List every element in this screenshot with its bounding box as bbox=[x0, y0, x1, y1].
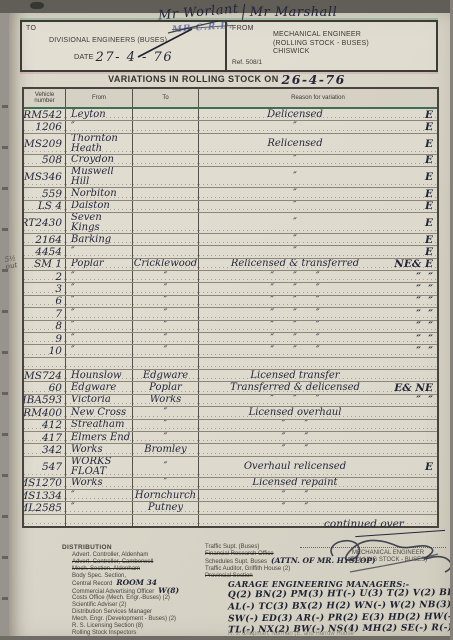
table-rows: RM542LeytonDelicensedE1206″″EDMS209Thorn… bbox=[24, 109, 437, 526]
from-label: FROM bbox=[232, 25, 254, 32]
table-row: 60EdgwarePoplarTransferred & delicensedE… bbox=[24, 382, 437, 394]
distribution-title: DISTRIBUTION bbox=[62, 544, 112, 551]
scanner-bottom-band bbox=[0, 636, 453, 640]
form-title-date: 26-4-76 bbox=[282, 72, 346, 87]
distribution-item: Costs Office (Mech. Engr.-Buses) (2) bbox=[72, 595, 179, 602]
table-row: RM400New Cross″Licensed overhaul bbox=[24, 407, 437, 419]
scan-smudge bbox=[30, 2, 44, 9]
distribution-section: DISTRIBUTION Advert. Controller, Aldenha… bbox=[0, 543, 453, 640]
table-row: 559Norbiton″E bbox=[24, 188, 437, 200]
table-row: 7″″″ ″ ″″ ″ bbox=[24, 308, 437, 320]
from-panel: FROM MECHANICAL ENGINEER (ROLLING STOCK … bbox=[227, 22, 436, 70]
table-row: MBA593VictoriaWorks″ ″ ″″ ″ bbox=[24, 395, 437, 407]
distribution-item: Mech. Engr. (Development - Buses) (2) bbox=[72, 616, 179, 623]
form-title-printed: VARIATIONS IN ROLLING STOCK ON bbox=[108, 74, 279, 84]
table-row: RML2585″Putney″ ″ bbox=[24, 502, 437, 514]
table-row: 8″″″ ″ ″″ ″ bbox=[24, 321, 437, 333]
table-row: 1206″″E bbox=[24, 121, 437, 133]
distribution-item: Scientific Adviser (2) bbox=[72, 602, 179, 609]
table-row: SM 1PoplarCricklewoodRelicensed & transf… bbox=[24, 259, 437, 271]
col-header-from: From bbox=[66, 89, 133, 107]
date-line: DATE 27- 4 - 76 bbox=[74, 50, 173, 65]
col-header-to: To bbox=[133, 89, 199, 107]
handwritten-annotation: ROOM 34 bbox=[116, 578, 157, 587]
table-row: DMS1334″Hornchurch″ ″ bbox=[24, 490, 437, 502]
table-row: DMS209Thornton HeathRelicensedE bbox=[24, 134, 437, 155]
table-row: LS 4Dalston″E bbox=[24, 201, 437, 213]
table-row: 2″″″ ″ ″″ ″ bbox=[24, 271, 437, 283]
distribution-item: Commercial Advertising OfficerW(8) bbox=[72, 588, 179, 596]
table-row: SMS724HounslowEdgwareLicensed transfer bbox=[24, 370, 437, 382]
reference-number: Ref. 508/1 bbox=[232, 59, 262, 66]
col-header-vehicle: Vehicle number bbox=[24, 89, 66, 107]
handwritten-annotation: W(8) bbox=[158, 586, 179, 595]
table-row: 547WORKS FLOAT″Overhaul relicensedE bbox=[24, 457, 437, 478]
from-address: MECHANICAL ENGINEER (ROLLING STOCK - BUS… bbox=[273, 31, 369, 57]
variations-table: Vehicle number From To Reason for variat… bbox=[22, 87, 439, 528]
garage-managers-heading: GARAGE ENGINEERING MANAGERS:- bbox=[228, 579, 409, 589]
table-row bbox=[24, 358, 437, 370]
form-title: VARIATIONS IN ROLLING STOCK ON 26-4-76 bbox=[20, 72, 434, 87]
divider-stroke bbox=[242, 4, 245, 20]
distribution-left-list: Advert. Controller, AldenhamAdvert. Cont… bbox=[72, 552, 179, 640]
col-header-reason: Reason for variation bbox=[199, 89, 437, 107]
distribution-item: R. S. Licensing Section (8) bbox=[72, 623, 179, 630]
recipient-name-2: Mr Marshall bbox=[250, 5, 338, 20]
mechanical-engineer-stamp: MECHANICAL ENGINEER (ROLLING STOCK - BUS… bbox=[330, 550, 446, 564]
table-row: DMS1270Works″Licensed repaint bbox=[24, 478, 437, 490]
to-value: DIVISIONAL ENGINEERS (BUSES) bbox=[49, 37, 167, 44]
table-row: SMS346Muswell Hill″E bbox=[24, 167, 437, 188]
table-row: RM542LeytonDelicensedE bbox=[24, 109, 437, 121]
handwritten-recipients: Mr WorlantMr Marshall bbox=[158, 4, 337, 20]
table-row: 3″″″ ″ ″″ ″ bbox=[24, 283, 437, 295]
table-row: 412Streatham″″ ″ bbox=[24, 420, 437, 432]
table-row: 342WorksBromley″ ″ bbox=[24, 444, 437, 456]
date-value-handwritten: 27- 4 - 76 bbox=[96, 50, 174, 65]
table-row: 417Elmers End″″ ″ bbox=[24, 432, 437, 444]
scanned-document: Mr WorlantMr Marshall MB C.R.D. TO DIVIS… bbox=[0, 0, 453, 640]
to-label: TO bbox=[26, 25, 36, 32]
distribution-item: Mech. Section, Aldenham bbox=[72, 566, 179, 573]
distribution-item: Advert. Controller, Aldenham bbox=[72, 552, 179, 559]
distribution-item: Distribution Services Manager bbox=[72, 609, 179, 616]
table-row: 508Croydon″E bbox=[24, 155, 437, 167]
to-panel: TO DIVISIONAL ENGINEERS (BUSES) DATE 27-… bbox=[22, 22, 227, 70]
table-row: RT2430Seven Kings″E bbox=[24, 213, 437, 234]
distribution-item: Traffic Auditor, Griffith House (2) bbox=[205, 566, 376, 573]
dotted-signature-line bbox=[300, 547, 446, 548]
table-row: 4454″″E bbox=[24, 246, 437, 258]
table-row: 2164Barking″E bbox=[24, 234, 437, 246]
table-row: 10″″″ ″ ″″ ″ bbox=[24, 345, 437, 357]
binder-marks bbox=[2, 105, 8, 615]
distribution-item: Advert. Controller, Camberwell bbox=[72, 559, 179, 566]
date-label: DATE bbox=[74, 52, 93, 61]
table-row: 9″″″ ″ ″″ ″ bbox=[24, 333, 437, 345]
table-row: 6″″″ ″ ″″ ″ bbox=[24, 296, 437, 308]
table-header-row: Vehicle number From To Reason for variat… bbox=[24, 89, 437, 109]
address-header-box: TO DIVISIONAL ENGINEERS (BUSES) DATE 27-… bbox=[20, 20, 438, 72]
